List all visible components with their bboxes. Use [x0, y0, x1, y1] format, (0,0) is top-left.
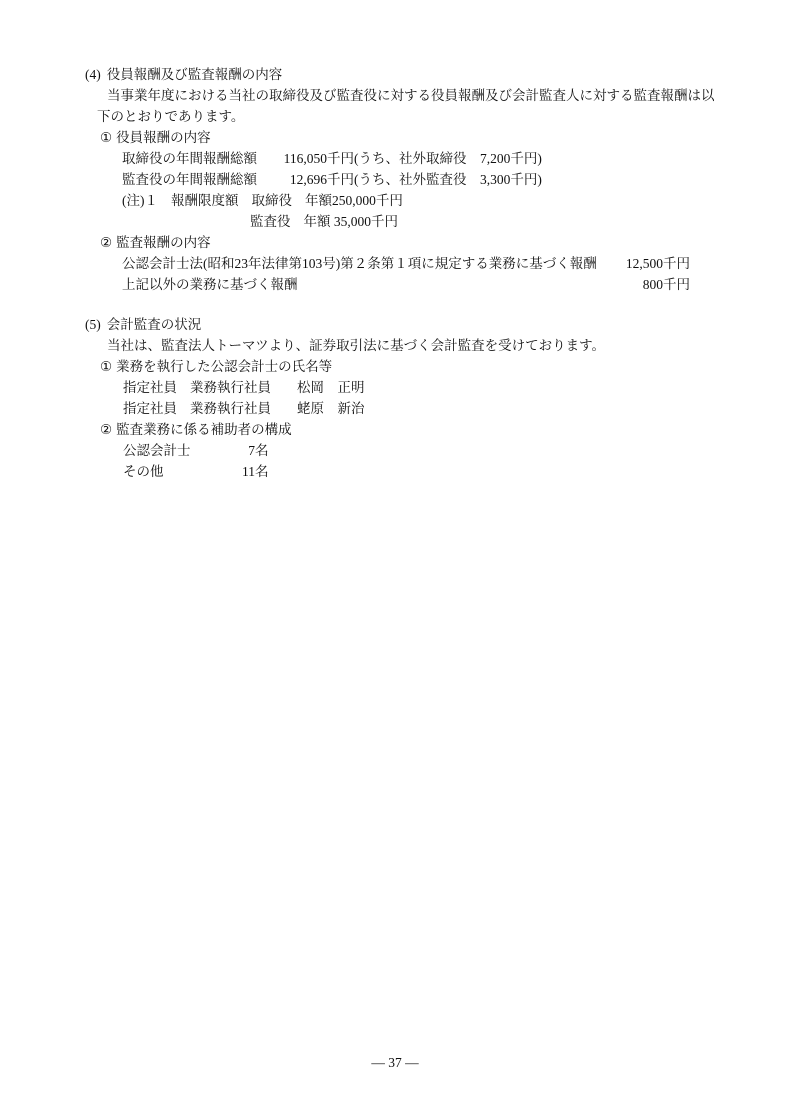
auditor-row: 指定社員業務執行社員蛯原 新治 — [123, 398, 790, 419]
item-2-heading: ②監査報酬の内容 — [100, 232, 790, 253]
auditor-name: 松岡 正明 — [297, 380, 365, 395]
intro-text: 当事業年度における当社の取締役及び監査役に対する役員報酬及び会計監査人に対する監… — [107, 88, 715, 103]
assistant-unit: 名 — [255, 443, 269, 458]
remuneration-amount: 116,050 — [257, 148, 327, 169]
outside-officer-unit: 千円) — [510, 172, 542, 187]
item-1-heading: ①役員報酬の内容 — [100, 127, 790, 148]
remuneration-row: 取締役の年間報酬総額116,050千円(うち、社外取締役 7,200千円) — [122, 148, 790, 169]
page-number: ― 37 ― — [0, 1052, 790, 1073]
audit-fee-amount: 12,500千円 — [626, 253, 690, 274]
outside-officer-amount: 3,300 — [480, 172, 510, 187]
assistant-label: その他 — [123, 461, 235, 482]
section-5-title: 会計監査の状況 — [107, 317, 202, 332]
item-2-heading: ②監査業務に係る補助者の構成 — [100, 419, 790, 440]
note-label: (注)１ — [122, 193, 158, 208]
note-role: 監査役 — [250, 214, 291, 229]
item-1-number: ① — [100, 359, 112, 374]
section-5-heading: (5)会計監査の状況 — [85, 314, 790, 335]
remuneration-unit: 千円(うち、社外監査役 — [327, 172, 480, 187]
item-1-heading: ①業務を執行した公認会計士の氏名等 — [100, 356, 790, 377]
remuneration-row: 監査役の年間報酬総額12,696千円(うち、社外監査役 3,300千円) — [122, 169, 790, 190]
note-role: 取締役 — [252, 193, 293, 208]
audit-fee-amount: 800千円 — [643, 274, 690, 295]
item-2-number: ② — [100, 422, 112, 437]
item-2-title: 監査業務に係る補助者の構成 — [116, 422, 292, 437]
section-4-intro-line-1: 当事業年度における当社の取締役及び監査役に対する役員報酬及び会計監査人に対する監… — [107, 85, 790, 106]
auditor-designation: 指定社員 — [123, 380, 177, 395]
intro-text: 下のとおりであります。 — [97, 109, 244, 124]
note-amount: 年額250,000千円 — [305, 193, 403, 208]
section-5-number: (5) — [85, 317, 101, 332]
section-5-intro: 当社は、監査法人トーマツより、証券取引法に基づく会計監査を受けております。 — [107, 335, 790, 356]
remuneration-unit: 千円(うち、社外取締役 — [327, 151, 480, 166]
remuneration-amount: 12,696 — [257, 169, 327, 190]
auditor-name: 蛯原 新治 — [297, 401, 365, 416]
item-1-number: ① — [100, 130, 112, 145]
assistant-row: 公認会計士7名 — [123, 440, 790, 461]
section-4-intro-line-2: 下のとおりであります。 — [97, 106, 790, 127]
document-page: (4)役員報酬及び監査報酬の内容 当事業年度における当社の取締役及び監査役に対す… — [0, 0, 790, 1118]
item-2-title: 監査報酬の内容 — [116, 235, 211, 250]
item-2-number: ② — [100, 235, 112, 250]
section-4-heading: (4)役員報酬及び監査報酬の内容 — [85, 64, 790, 85]
auditor-row: 指定社員業務執行社員松岡 正明 — [123, 377, 790, 398]
auditor-role: 業務執行社員 — [190, 380, 271, 395]
audit-fee-row: 公認会計士法(昭和23年法律第103号)第２条第１項に規定する業務に基づく報酬1… — [122, 253, 690, 274]
note-line: (注)１報酬限度額取締役年額250,000千円 — [122, 190, 790, 211]
audit-fee-row: 上記以外の業務に基づく報酬800千円 — [122, 274, 690, 295]
remuneration-label: 監査役の年間報酬総額 — [122, 169, 257, 190]
section-4-number: (4) — [85, 67, 101, 82]
outside-officer-amount: 7,200 — [480, 151, 510, 166]
auditor-designation: 指定社員 — [123, 401, 177, 416]
item-1-title: 役員報酬の内容 — [116, 130, 211, 145]
audit-fee-label: 上記以外の業務に基づく報酬 — [122, 274, 298, 295]
remuneration-label: 取締役の年間報酬総額 — [122, 148, 257, 169]
intro-text: 当社は、監査法人トーマツより、証券取引法に基づく会計監査を受けております。 — [107, 338, 605, 353]
auditor-role: 業務執行社員 — [190, 401, 271, 416]
assistant-label: 公認会計士 — [123, 440, 235, 461]
section-4-title: 役員報酬及び監査報酬の内容 — [107, 67, 283, 82]
note-amount: 年額 35,000千円 — [304, 214, 399, 229]
assistant-unit: 名 — [255, 464, 269, 479]
assistant-count: 7 — [235, 440, 255, 461]
note-title: 報酬限度額 — [171, 193, 239, 208]
outside-officer-unit: 千円) — [510, 151, 542, 166]
item-1-title: 業務を執行した公認会計士の氏名等 — [116, 359, 332, 374]
audit-fee-label: 公認会計士法(昭和23年法律第103号)第２条第１項に規定する業務に基づく報酬 — [122, 253, 597, 274]
note-line: 監査役年額 35,000千円 — [250, 211, 790, 232]
assistant-count: 11 — [235, 461, 255, 482]
assistant-row: その他11名 — [123, 461, 790, 482]
